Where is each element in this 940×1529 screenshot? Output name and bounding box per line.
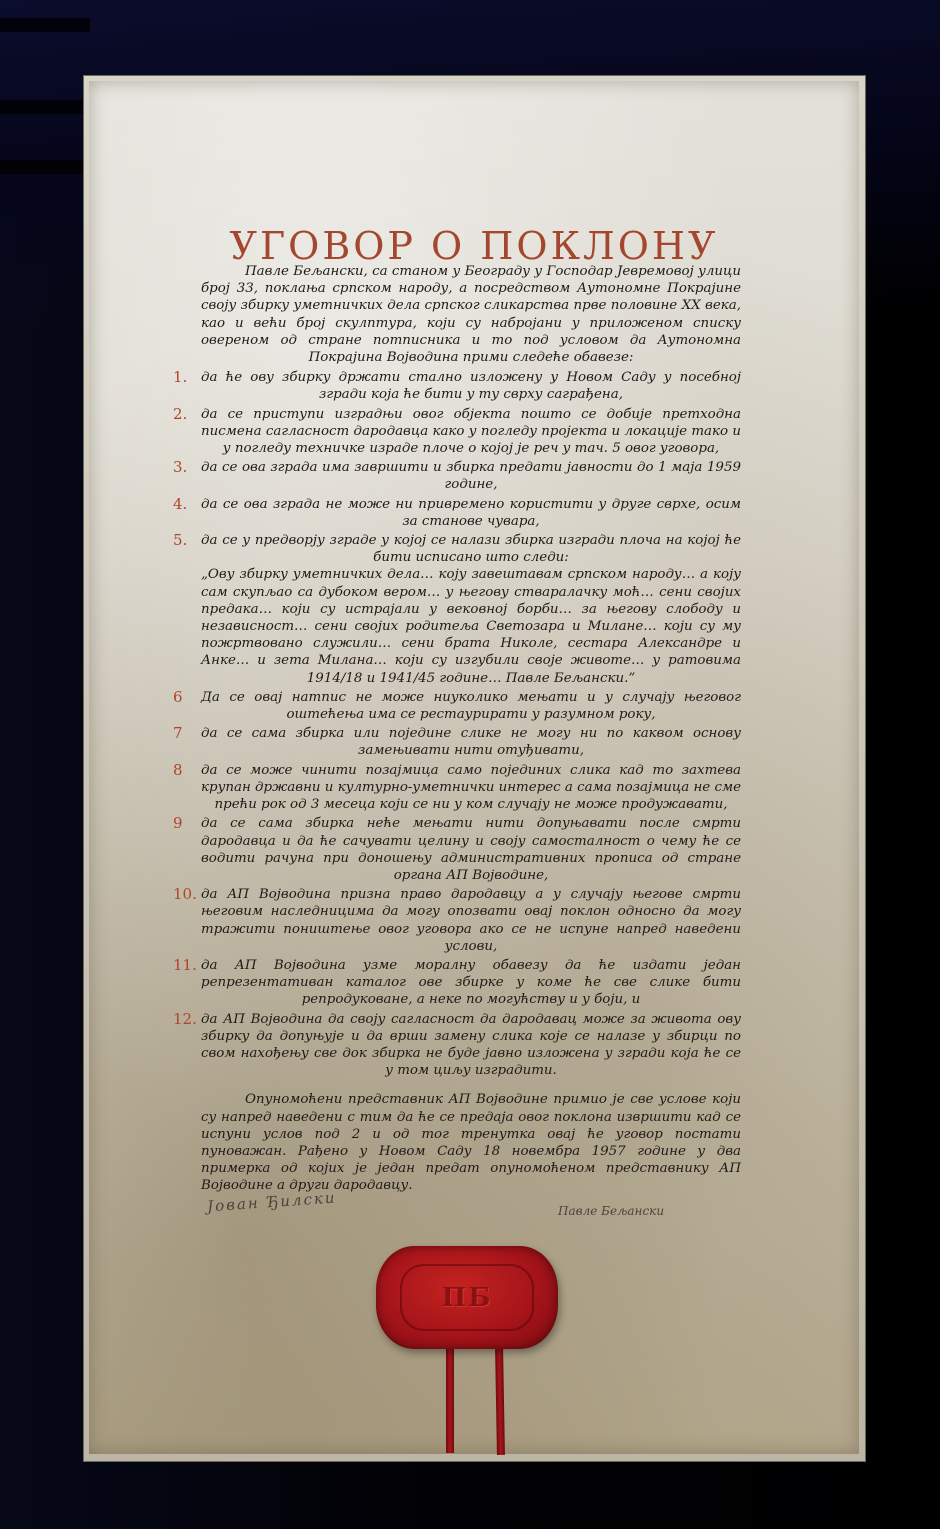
clause-text: Да се овај натпис не може ниуколико мења… [201, 690, 741, 722]
clause-text: да АП Војводина призна право дародавцу а… [201, 887, 741, 954]
clause-item: 11. да АП Војводина узме моралну обавезу… [201, 957, 741, 1009]
clause-text: да се може чинити позајмица само поједин… [201, 763, 741, 812]
seal-ribbon-right [495, 1347, 505, 1455]
clause-number: 1. [173, 369, 187, 386]
intro-paragraph: Павле Бељански, са станом у Београду у Г… [201, 263, 741, 366]
clause-item: 6 Да се овај натпис не може ниуколико ме… [201, 689, 741, 723]
clause-item: 1. да ће ову збирку држати стално изложе… [201, 369, 741, 403]
clause-text: да се сама збирка неће мењати нити допуњ… [201, 816, 741, 883]
clause-number: 7 [173, 725, 183, 742]
clause-number: 11. [173, 957, 197, 974]
inscription-quote: „Ову збирку уметничких дела… коју завешт… [201, 566, 741, 686]
clause-item: 10. да АП Војводина призна право дародав… [201, 886, 741, 955]
clause-number: 6 [173, 689, 183, 706]
closing-paragraph: Опуномоћени представник АП Војводине при… [201, 1091, 741, 1194]
clause-text: да се сама збирка или поједине слике не … [201, 726, 741, 758]
clause-text: да се ова зграда не може ни привремено к… [201, 497, 741, 529]
clause-text: да АП Војводина узме моралну обавезу да … [201, 958, 741, 1007]
shadow-stripe [0, 160, 90, 174]
clause-text: да се приступи изградњи овог објекта пош… [201, 407, 741, 456]
clause-number: 5. [173, 532, 187, 549]
clause-item: 8 да се може чинити позајмица само појед… [201, 762, 741, 814]
clause-list: 1. да ће ову збирку држати стално изложе… [201, 369, 741, 1079]
clause-item: 7 да се сама збирка или поједине слике н… [201, 725, 741, 759]
signature-donor: Павле Бељански [558, 1204, 664, 1218]
parchment-document: УГОВОР О ПОКЛОНУ Павле Бељански, са стан… [89, 81, 859, 1454]
clause-item: 2. да се приступи изградњи овог објекта … [201, 406, 741, 458]
document-body: Павле Бељански, са станом у Београду у Г… [201, 263, 741, 1195]
clause-number: 2. [173, 406, 187, 423]
seal-monogram: ПБ [400, 1264, 534, 1331]
clause-number: 10. [173, 886, 197, 903]
wax-seal: ПБ [376, 1246, 558, 1349]
clause-number: 3. [173, 459, 187, 476]
clause-item: 3. да се ова зграда има завршити и збирк… [201, 459, 741, 493]
clause-item: 5. да се у предворју зграде у којој се н… [201, 532, 741, 687]
clause-item: 12. да АП Војводина да своју сагласност … [201, 1011, 741, 1080]
shadow-stripe [0, 100, 90, 114]
clause-item: 9 да се сама збирка неће мењати нити доп… [201, 815, 741, 884]
clause-text: да АП Војводина да своју сагласност да д… [201, 1012, 741, 1079]
seal-ribbon-left [446, 1347, 454, 1453]
clause-number: 12. [173, 1011, 197, 1028]
clause-text: да се ова зграда има завршити и збирка п… [201, 460, 741, 492]
clause-number: 4. [173, 496, 187, 513]
shadow-stripe [0, 18, 90, 32]
clause-number: 9 [173, 815, 183, 832]
document-title: УГОВОР О ПОКЛОНУ [89, 224, 859, 268]
clause-item: 4. да се ова зграда не може ни привремен… [201, 496, 741, 530]
clause-number: 8 [173, 762, 183, 779]
clause-text: да се у предворју зграде у којој се нала… [201, 533, 741, 565]
clause-text: да ће ову збирку држати стално изложену … [201, 370, 741, 402]
